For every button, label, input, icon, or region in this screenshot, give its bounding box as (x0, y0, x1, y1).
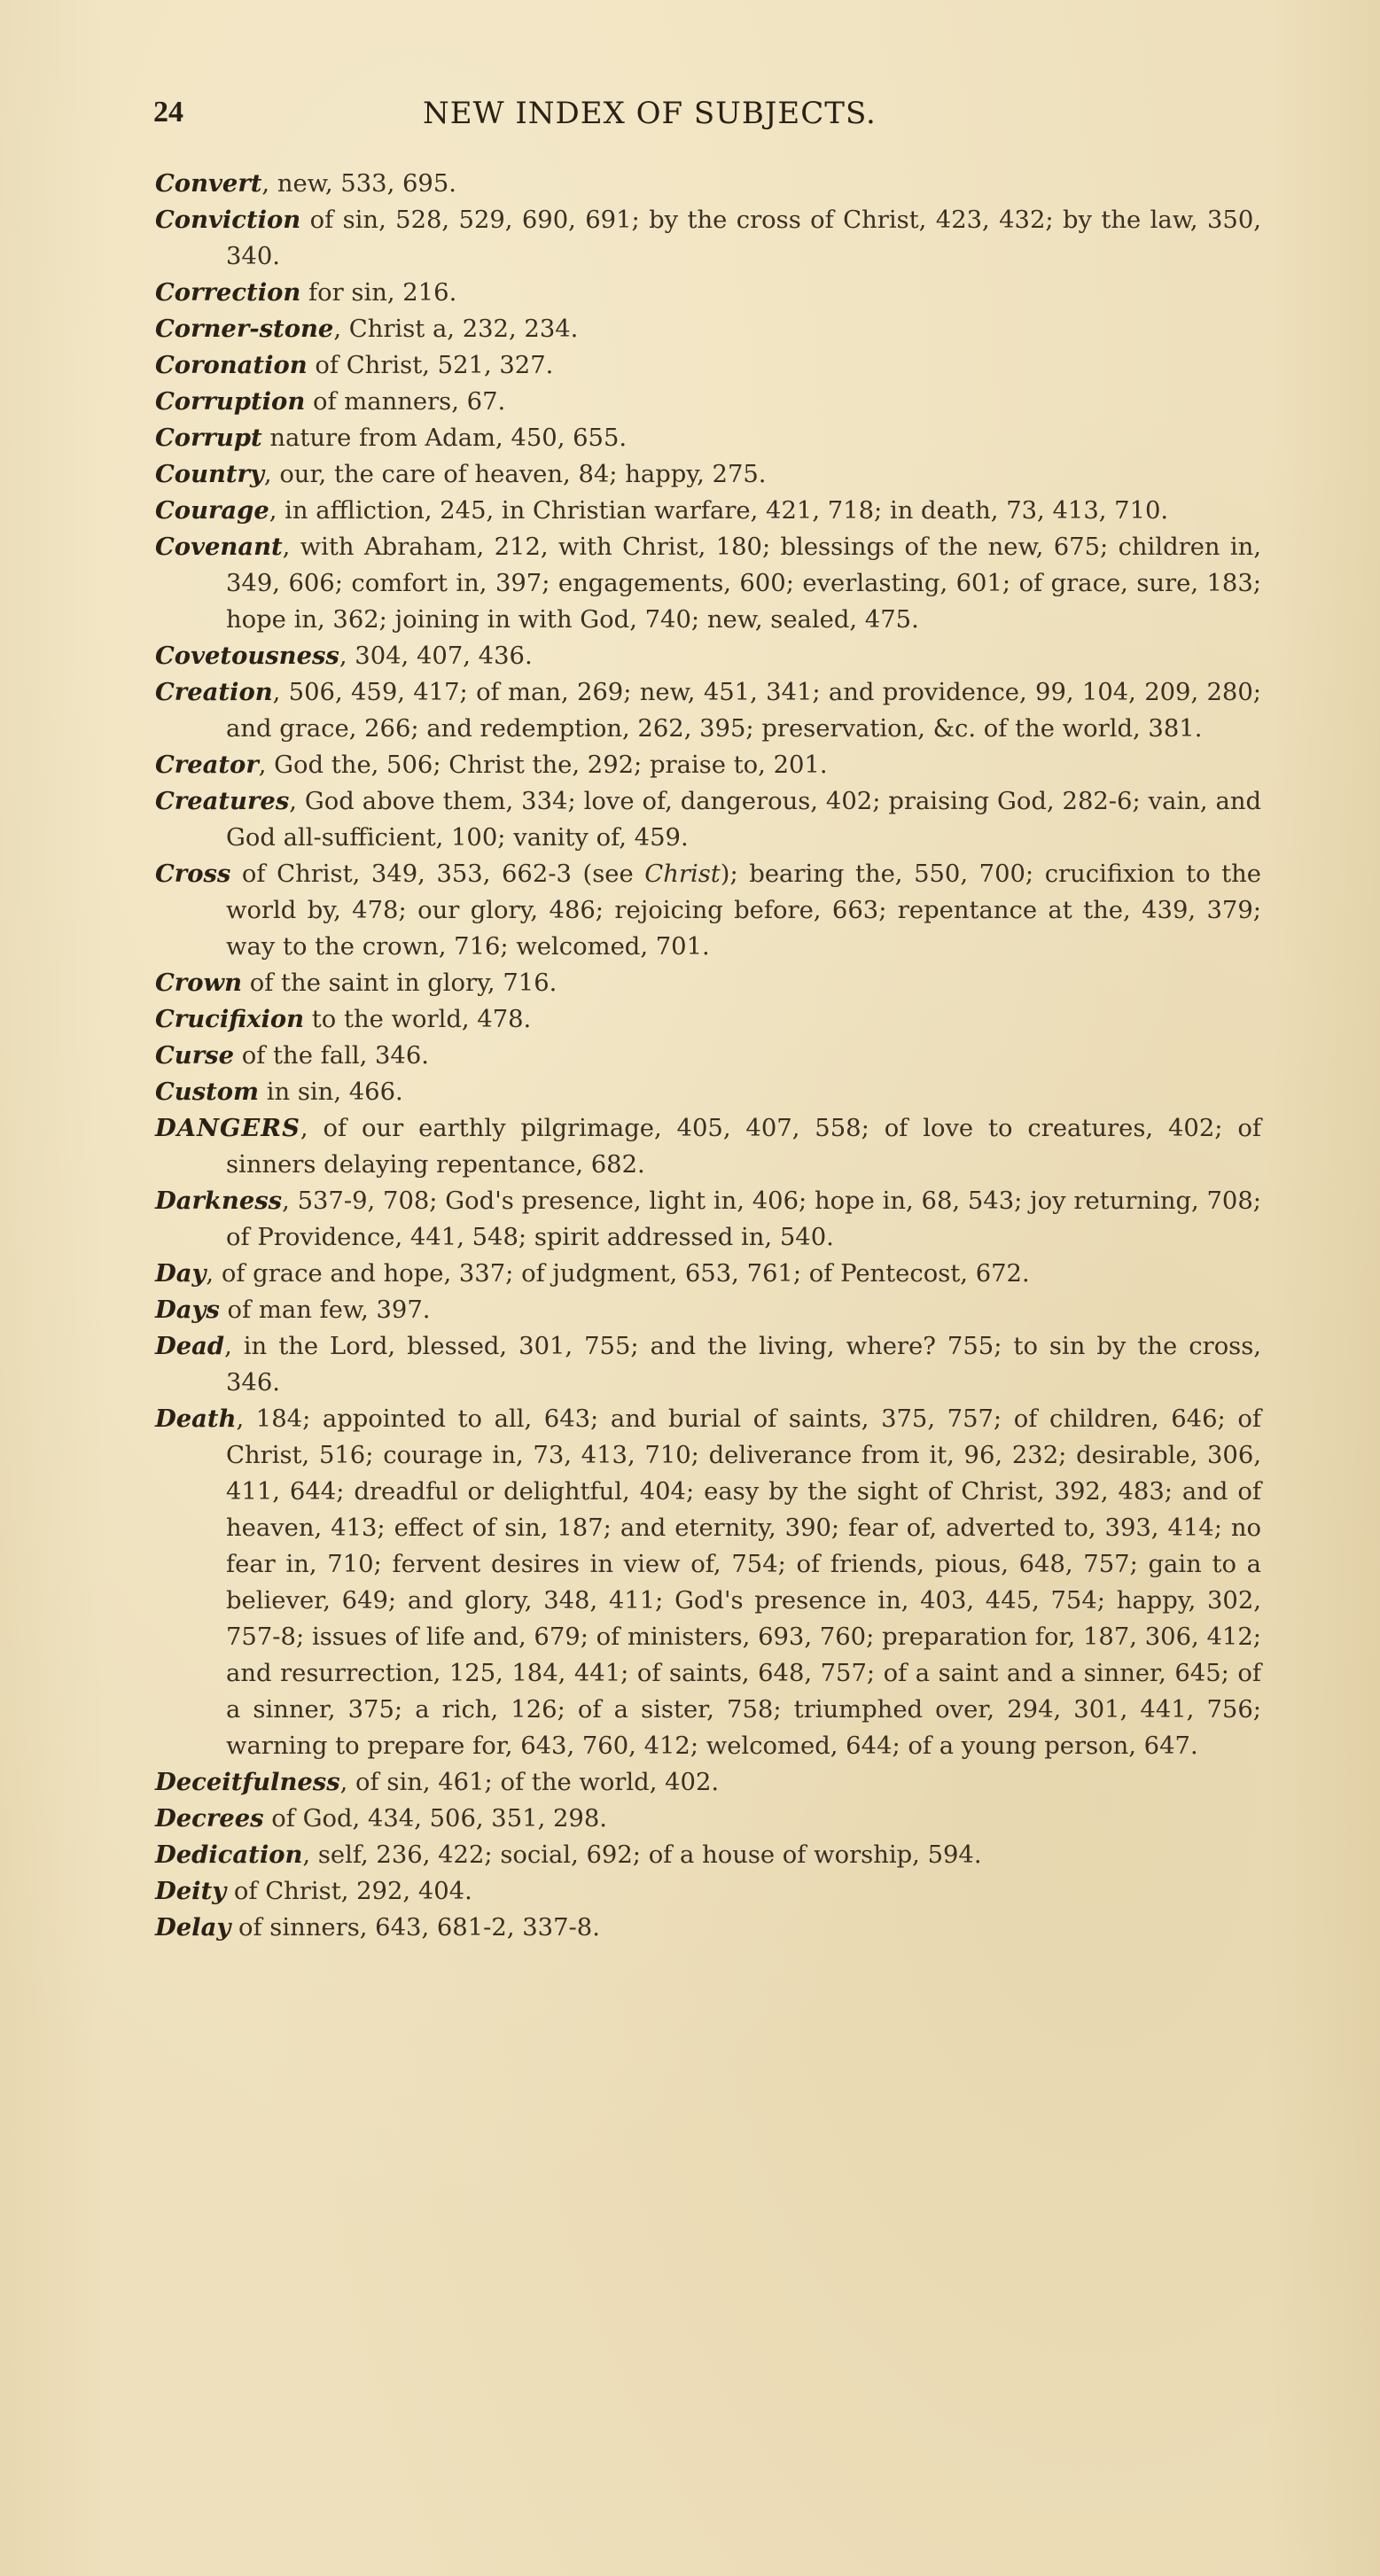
entry-term: Days (155, 1296, 220, 1324)
index-entry-darkness: Darkness, 537-9, 708; God's presence, li… (155, 1183, 1261, 1256)
index-entry-crown: Crown of the saint in glory, 716. (155, 965, 1261, 1001)
entry-term: Darkness (155, 1187, 282, 1215)
index-entry-dead: Dead, in the Lord, blessed, 301, 755; an… (155, 1328, 1261, 1401)
index-entries: Convert, new, 533, 695. Conviction of si… (155, 166, 1261, 1946)
entry-term: Death (155, 1405, 237, 1433)
index-entry-death: Death, 184; appointed to all, 643; and b… (155, 1401, 1261, 1764)
entry-refs: , God above them, 334; love of, dangerou… (226, 788, 1261, 852)
entry-refs: of sin, 528, 529, 690, 691; by the cross… (226, 206, 1261, 270)
entry-term: Corrupt (155, 424, 262, 452)
entry-refs: , 506, 459, 417; of man, 269; new, 451, … (226, 679, 1261, 743)
entry-term: Corner-stone (155, 315, 333, 343)
index-entry-corrupt: Corrupt nature from Adam, 450, 655. (155, 420, 1261, 456)
entry-refs: , of grace and hope, 337; of judgment, 6… (206, 1260, 1029, 1288)
entry-term: Decrees (155, 1804, 264, 1833)
entry-refs: , Christ a, 232, 234. (333, 315, 578, 343)
entry-refs: of Christ, 349, 353, 662-3 (see (230, 860, 644, 888)
index-entry-convert: Convert, new, 533, 695. (155, 166, 1261, 202)
entry-refs: of man few, 397. (220, 1296, 431, 1324)
entry-term: Country (155, 460, 264, 488)
entry-refs: of sinners, 643, 681-2, 337-8. (230, 1914, 600, 1942)
index-entry-day: Day, of grace and hope, 337; of judgment… (155, 1256, 1261, 1292)
index-entry-corruption: Corruption of manners, 67. (155, 384, 1261, 420)
index-entry-covenant: Covenant, with Abraham, 212, with Christ… (155, 529, 1261, 638)
index-entry-curse: Curse of the fall, 346. (155, 1038, 1261, 1074)
entry-term: Deceitfulness (155, 1768, 340, 1796)
page-header: 24 NEW INDEX OF SUBJECTS. (153, 96, 1261, 140)
entry-refs: , 184; appointed to all, 643; and burial… (226, 1405, 1261, 1760)
index-entry-creatures: Creatures, God above them, 334; love of,… (155, 783, 1261, 856)
entry-term: Dedication (155, 1841, 302, 1869)
index-entry-delay: Delay of sinners, 643, 681-2, 337-8. (155, 1910, 1261, 1946)
entry-term: Corruption (155, 387, 305, 416)
entry-refs: , self, 236, 422; social, 692; of a hous… (302, 1841, 981, 1869)
entry-refs: , 304, 407, 436. (339, 642, 533, 670)
index-entry-deceitfulness: Deceitfulness, of sin, 461; of the world… (155, 1764, 1261, 1801)
entry-term: Deity (155, 1877, 226, 1905)
entry-refs: , with Abraham, 212, with Christ, 180; b… (226, 533, 1261, 634)
entry-term: Coronation (155, 351, 308, 379)
entry-refs: nature from Adam, 450, 655. (262, 424, 627, 452)
entry-term: Curse (155, 1041, 234, 1070)
running-head-title: NEW INDEX OF SUBJECTS. (423, 96, 877, 131)
entry-refs: , our, the care of heaven, 84; happy, 27… (264, 461, 767, 488)
entry-refs: of the saint in glory, 716. (242, 969, 557, 997)
entry-term: Day (155, 1259, 206, 1288)
index-entry-cross: Cross of Christ, 349, 353, 662-3 (see Ch… (155, 856, 1261, 965)
entry-term: Crucifixion (155, 1005, 304, 1033)
entry-term: Convert (155, 169, 261, 198)
index-entry-coronation: Coronation of Christ, 521, 327. (155, 347, 1261, 384)
index-entry-conviction: Conviction of sin, 528, 529, 690, 691; b… (155, 202, 1261, 275)
entry-term: DANGERS (155, 1114, 300, 1142)
entry-cross-reference: Christ (644, 860, 721, 888)
entry-refs: , of sin, 461; of the world, 402. (340, 1769, 719, 1796)
entry-refs: for sin, 216. (300, 279, 456, 307)
entry-refs: of the fall, 346. (234, 1042, 429, 1070)
entry-term: Crown (155, 969, 242, 997)
entry-term: Courage (155, 496, 269, 525)
index-entry-creator: Creator, God the, 506; Christ the, 292; … (155, 747, 1261, 783)
entry-refs: of God, 434, 506, 351, 298. (264, 1805, 607, 1833)
entry-term: Covetousness (155, 642, 339, 670)
entry-term: Conviction (155, 206, 300, 234)
entry-refs: , new, 533, 695. (261, 170, 456, 198)
entry-term: Dead (155, 1332, 224, 1360)
index-entry-decrees: Decrees of God, 434, 506, 351, 298. (155, 1801, 1261, 1837)
entry-term: Delay (155, 1913, 230, 1942)
entry-term: Creatures (155, 787, 289, 815)
entry-term: Correction (155, 278, 300, 307)
index-entry-dedication: Dedication, self, 236, 422; social, 692;… (155, 1837, 1261, 1873)
entry-term: Creation (155, 678, 273, 706)
index-entry-deity: Deity of Christ, 292, 404. (155, 1873, 1261, 1910)
page-number: 24 (153, 96, 183, 129)
entry-refs: of Christ, 292, 404. (226, 1878, 472, 1905)
entry-refs: of Christ, 521, 327. (308, 352, 554, 379)
entry-term: Covenant (155, 533, 283, 561)
entry-term: Custom (155, 1078, 259, 1106)
entry-refs: , in affliction, 245, in Christian warfa… (269, 497, 1168, 525)
index-entry-correction: Correction for sin, 216. (155, 275, 1261, 311)
entry-refs: of manners, 67. (305, 388, 505, 416)
index-entry-courage: Courage, in affliction, 245, in Christia… (155, 493, 1261, 529)
entry-term: Creator (155, 751, 259, 779)
index-entry-dangers: DANGERS, of our earthly pilgrimage, 405,… (155, 1110, 1261, 1183)
entry-refs: to the world, 478. (304, 1006, 531, 1033)
entry-term: Cross (155, 860, 230, 888)
entry-refs: , in the Lord, blessed, 301, 755; and th… (224, 1333, 1261, 1397)
entry-refs: in sin, 466. (259, 1078, 403, 1106)
entry-refs: , of our earthly pilgrimage, 405, 407, 5… (226, 1115, 1261, 1179)
entry-refs: , God the, 506; Christ the, 292; praise … (259, 751, 828, 779)
entry-refs: , 537-9, 708; God's presence, light in, … (226, 1187, 1261, 1251)
index-entry-covetousness: Covetousness, 304, 407, 436. (155, 638, 1261, 674)
index-entry-country: Country, our, the care of heaven, 84; ha… (155, 456, 1261, 493)
index-entry-crucifixion: Crucifixion to the world, 478. (155, 1001, 1261, 1038)
index-entry-custom: Custom in sin, 466. (155, 1074, 1261, 1110)
index-entry-corner-stone: Corner-stone, Christ a, 232, 234. (155, 311, 1261, 347)
index-entry-creation: Creation, 506, 459, 417; of man, 269; ne… (155, 674, 1261, 747)
index-entry-days: Days of man few, 397. (155, 1292, 1261, 1328)
